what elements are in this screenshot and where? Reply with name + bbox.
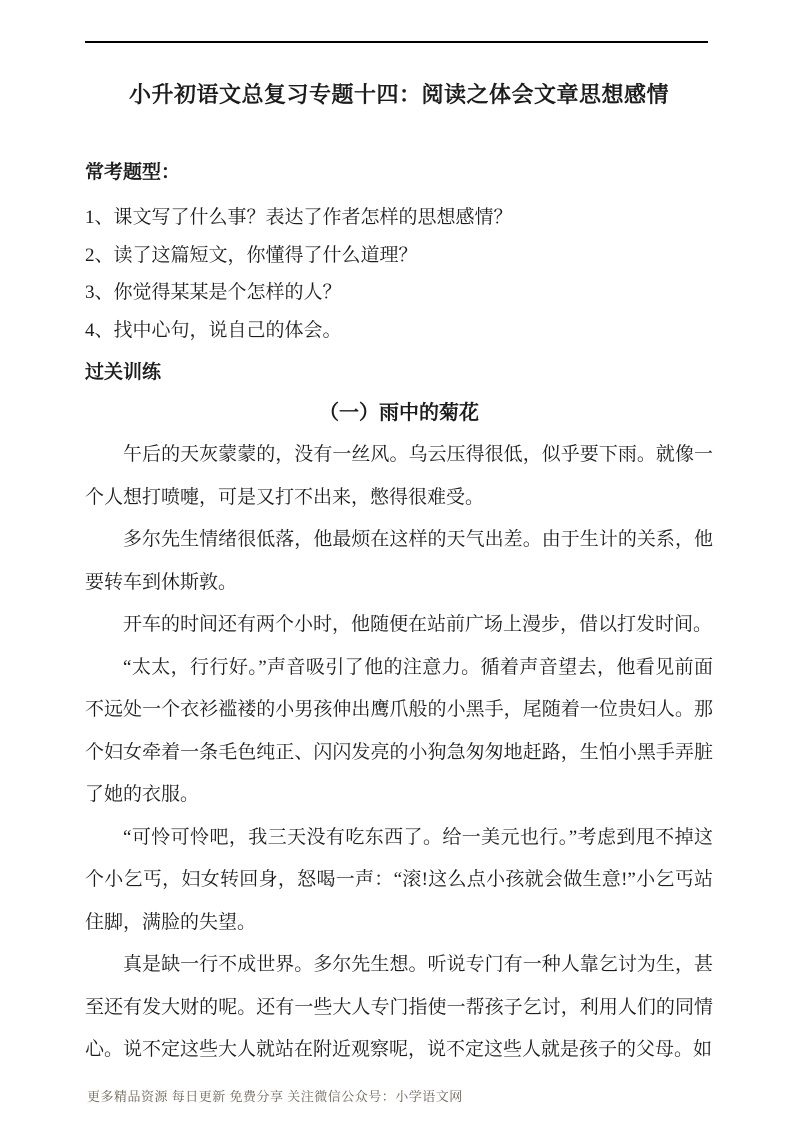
exam-type-item: 2、读了这篇短文，你懂得了什么道理？ <box>85 237 713 275</box>
passage-paragraph: “太太，行行好。”声音吸引了他的注意力。循着声音望去，他看见前面不远处一个衣衫褴… <box>85 647 713 817</box>
exam-type-item: 4、找中心句，说自己的体会。 <box>85 312 713 350</box>
document-page: 小升初语文总复习专题十四：阅读之体会文章思想感情 常考题型： 1、课文写了什么事… <box>0 0 793 1122</box>
header-rule <box>85 41 708 43</box>
passage-paragraph: “可怜可怜吧，我三天没有吃东西了。给一美元也行。”考虑到甩不掉这个小乞丐，妇女转… <box>85 817 713 945</box>
passage-paragraph: 真是缺一行不成世界。多尔先生想。听说专门有一种人靠乞讨为生，甚至还有发大财的呢。… <box>85 944 713 1072</box>
footer-note: 更多精品资源 每日更新 免费分享 关注微信公众号：小学语文网 <box>87 1089 463 1105</box>
exam-types-heading: 常考题型： <box>85 160 713 186</box>
passage-paragraph: 午后的天灰蒙蒙的，没有一丝风。乌云压得很低，似乎要下雨。就像一个人想打喷嚏，可是… <box>85 434 713 519</box>
passage-title: （一）雨中的菊花 <box>85 400 713 426</box>
exam-types-list: 1、课文写了什么事？表达了作者怎样的思想感情？ 2、读了这篇短文，你懂得了什么道… <box>85 199 713 349</box>
passage-paragraph: 多尔先生情绪很低落，他最烦在这样的天气出差。由于生计的关系，他要转车到休斯敦。 <box>85 519 713 604</box>
training-heading: 过关训练 <box>85 360 713 386</box>
exam-type-item: 3、你觉得某某是个怎样的人？ <box>85 274 713 312</box>
passage-body: 午后的天灰蒙蒙的，没有一丝风。乌云压得很低，似乎要下雨。就像一个人想打喷嚏，可是… <box>85 434 713 1072</box>
passage-paragraph: 开车的时间还有两个小时，他随便在站前广场上漫步，借以打发时间。 <box>85 604 713 647</box>
document-content: 小升初语文总复习专题十四：阅读之体会文章思想感情 常考题型： 1、课文写了什么事… <box>85 0 713 1072</box>
exam-type-item: 1、课文写了什么事？表达了作者怎样的思想感情？ <box>85 199 713 237</box>
document-title: 小升初语文总复习专题十四：阅读之体会文章思想感情 <box>85 0 713 110</box>
